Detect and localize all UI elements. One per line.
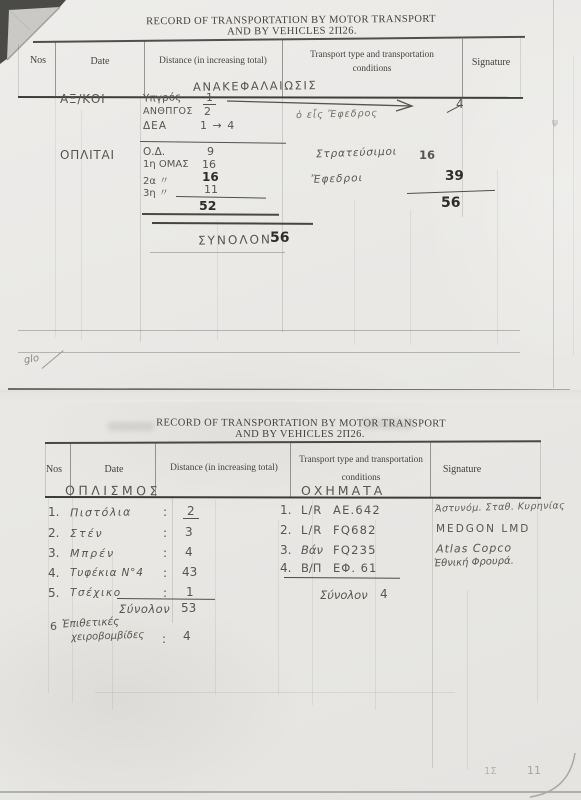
folded-corner-top-left <box>0 0 90 90</box>
form2-title-line1: RECORD OF TRANSPORTATION BY MOTOR TRANSP… <box>148 417 454 429</box>
officers-category: ΑΞ/ΚΟΙ <box>60 92 106 106</box>
footer-mark-right: 11 <box>527 764 541 777</box>
form1-faint-rule <box>18 330 520 331</box>
margin-note: glo <box>23 353 40 366</box>
form1-body-line <box>81 110 82 340</box>
footer-mark-left: 1Σ <box>484 766 497 777</box>
weapon-row-sep: : <box>163 566 167 580</box>
form2-col-transport-line2: conditions <box>293 473 429 483</box>
vertical-fold-crease-2 <box>573 55 574 355</box>
conditions-total-line <box>407 190 495 194</box>
form1-col-transport-line2: conditions <box>286 64 458 74</box>
weapon-row-sep: : <box>163 505 167 519</box>
officers-row1-label: Υπγρός <box>143 91 182 104</box>
form2-col-signature: Signature <box>432 464 492 475</box>
form1-body-line <box>55 97 56 337</box>
vehicle-row-type: L/R <box>301 523 322 537</box>
form2-faint-rule <box>95 692 455 693</box>
form1-col-line <box>520 38 521 97</box>
vehicle-row-signature: Ἐθνική Φρουρά. <box>434 556 514 570</box>
vehicle-row-signature: Ἀστυνόμ. Σταθ. Κυρηνίας <box>435 500 565 514</box>
soldiers-row1-label: Ο.Δ. <box>143 146 165 158</box>
soldiers-row1-value: 9 <box>207 145 214 158</box>
form2-col-nos: Nos <box>39 464 69 475</box>
grenades-name-line2: χειροβομβίδες <box>71 630 145 644</box>
vehicle-row-plate: ΕΦ. 61 <box>333 561 377 575</box>
weapons-heading: ΟΠΛΙΣΜΟΣ <box>65 483 161 499</box>
grenades-sep: : <box>162 632 166 646</box>
soldiers-subtotal: 52 <box>199 198 216 213</box>
soldiers-row4-value: 11 <box>204 183 218 196</box>
scanned-document-page: RECORD OF TRANSPORTATION BY MOTOR TRANSP… <box>0 0 581 800</box>
vehicle-row-plate: FQ235 <box>333 543 377 557</box>
weapon-row-name: Μπρέν <box>70 547 115 560</box>
weapon-row-qty: 1 <box>186 585 194 599</box>
form1-body-line <box>410 210 411 345</box>
form1-body-line <box>354 200 355 345</box>
total-box-bottom-line <box>150 252 285 253</box>
weapon-row-qty: 4 <box>185 545 193 559</box>
weapon-row-no: 5. <box>48 586 59 600</box>
form1-col-line <box>144 41 145 97</box>
vehicle-row-no: 1. <box>280 503 291 517</box>
form2-col-line <box>290 442 291 497</box>
edge-mark: ψ <box>552 118 558 128</box>
form2-col-distance: Distance (in increasing total) <box>158 463 290 473</box>
form2-body-line <box>467 590 468 770</box>
form1-col-line <box>462 39 463 97</box>
form2-col-line <box>430 442 431 497</box>
form1-body-line <box>140 97 141 342</box>
soldiers-category: ΟΠΛΙΤΑΙ <box>60 148 115 162</box>
form1-total-label: ΣΥΝΟΛΟΝ <box>198 232 272 247</box>
form2-body-line <box>432 498 433 768</box>
weapon-row-qty: 3 <box>185 525 193 539</box>
vehicle-row-type: Β/Π <box>301 561 321 575</box>
weapon-row-no: 4. <box>48 566 59 580</box>
vehicle-row-signature: MEDGON LMD <box>436 523 530 535</box>
weapon-row-name: Πιστόλια <box>70 505 132 519</box>
weapon-row-no: 2. <box>48 526 59 540</box>
total-box-top-line <box>152 222 313 225</box>
weapon-row-qty: 43 <box>182 565 197 579</box>
form1-col-line <box>55 42 56 97</box>
form1-title-line2: AND BY VEHICLES 2Π26. <box>192 25 392 37</box>
grenades-name-line1: Ἐπιθετικές <box>62 616 120 631</box>
weapons-total-value: 53 <box>181 601 196 615</box>
form1-total-value: 56 <box>270 230 289 246</box>
vertical-fold-crease <box>553 0 554 388</box>
form1-col-transport-line1: Transport type and transportation <box>286 50 458 60</box>
soldiers-subtotal-line <box>176 196 266 199</box>
soldiers-cond1-label: Στρατεύσιμοι <box>316 146 397 161</box>
form1-col-date: Date <box>68 56 132 67</box>
soldiers-bottom-line <box>142 213 279 215</box>
form1-col-signature: Signature <box>464 57 518 68</box>
officers-underline <box>140 141 286 144</box>
weapon-row-qty: 2 <box>183 504 199 519</box>
officers-row3-label: ΔΕΑ <box>143 120 167 132</box>
form2-body-line <box>172 498 173 623</box>
form1-col-line <box>18 44 19 97</box>
vehicle-row-no: 2. <box>280 523 291 537</box>
weapon-row-sep: : <box>163 526 167 540</box>
vehicle-row-no: 4. <box>280 561 291 575</box>
form2-col-transport-line1: Transport type and transportation <box>293 455 429 465</box>
vehicle-row-plate: FQ682 <box>333 523 377 537</box>
form2-col-line <box>540 441 541 497</box>
officers-row2-value: 2 <box>204 105 211 118</box>
weapon-row-no: 3. <box>48 546 59 560</box>
weapon-row-sep: : <box>163 546 167 560</box>
form1-faint-rule <box>18 352 520 353</box>
officers-condition-note: ὁ εἷς Ἔφεδρος <box>296 108 378 121</box>
form2-body-line <box>537 498 538 703</box>
form1-body-line <box>497 170 498 345</box>
weapon-row-name: Τσέχικο <box>70 587 122 599</box>
vehicle-row-type: L/R <box>301 503 322 517</box>
officers-row2-label: ΑΝΘΠΓΟΣ <box>143 106 193 117</box>
soldiers-row4-label: 3η 〃 <box>143 184 169 199</box>
form2-body-line <box>215 500 216 695</box>
soldiers-cond2-value: 39 <box>445 168 464 184</box>
vehicles-underline <box>284 577 400 579</box>
form1-col-nos: Nos <box>22 55 54 66</box>
vehicle-row-type: Βάν <box>301 543 323 557</box>
form2-col-date: Date <box>74 464 154 475</box>
soldiers-row3-value: 16 <box>202 170 219 184</box>
bottom-page-edge <box>0 791 581 793</box>
form2-header-top-line <box>45 440 541 444</box>
weapons-total-label: Σύνολον <box>119 602 170 616</box>
vehicles-total-value: 4 <box>380 587 388 601</box>
vehicle-row-plate: ΑΕ.642 <box>333 503 381 517</box>
soldiers-cond2-label: Ἔφεδροι <box>311 172 363 186</box>
form1-body-line <box>462 97 463 217</box>
form2-body-line <box>278 520 279 695</box>
officers-row3-value: 1 → 4 <box>200 119 235 132</box>
vehicle-row-no: 3. <box>280 543 291 557</box>
form2-title-line2: AND BY VEHICLES 2Π26. <box>200 429 400 440</box>
weapon-row-name: Στέν <box>70 527 104 540</box>
weapon-row-name: Τυφέκια Ν°4 <box>70 567 144 579</box>
form1-col-distance: Distance (in increasing total) <box>147 56 279 66</box>
conditions-total: 56 <box>441 195 460 211</box>
vehicle-row-signature: Atlas Copco <box>436 541 512 555</box>
form1-body-line <box>282 97 283 332</box>
weapon-row-no: 1. <box>48 505 59 519</box>
grenades-qty: 4 <box>183 629 191 643</box>
soldiers-cond1-value: 16 <box>419 148 435 162</box>
vehicles-total-label: Σύνολον <box>320 588 368 602</box>
page-separation-shadow <box>0 390 581 402</box>
officers-row1-value: 1 <box>203 91 216 105</box>
soldiers-row2-label: 1η ΟΜΑΣ <box>143 159 189 170</box>
vehicles-heading: ΟΧΗΜΑΤΑ <box>301 483 385 498</box>
grenades-no: 6 <box>50 620 57 633</box>
